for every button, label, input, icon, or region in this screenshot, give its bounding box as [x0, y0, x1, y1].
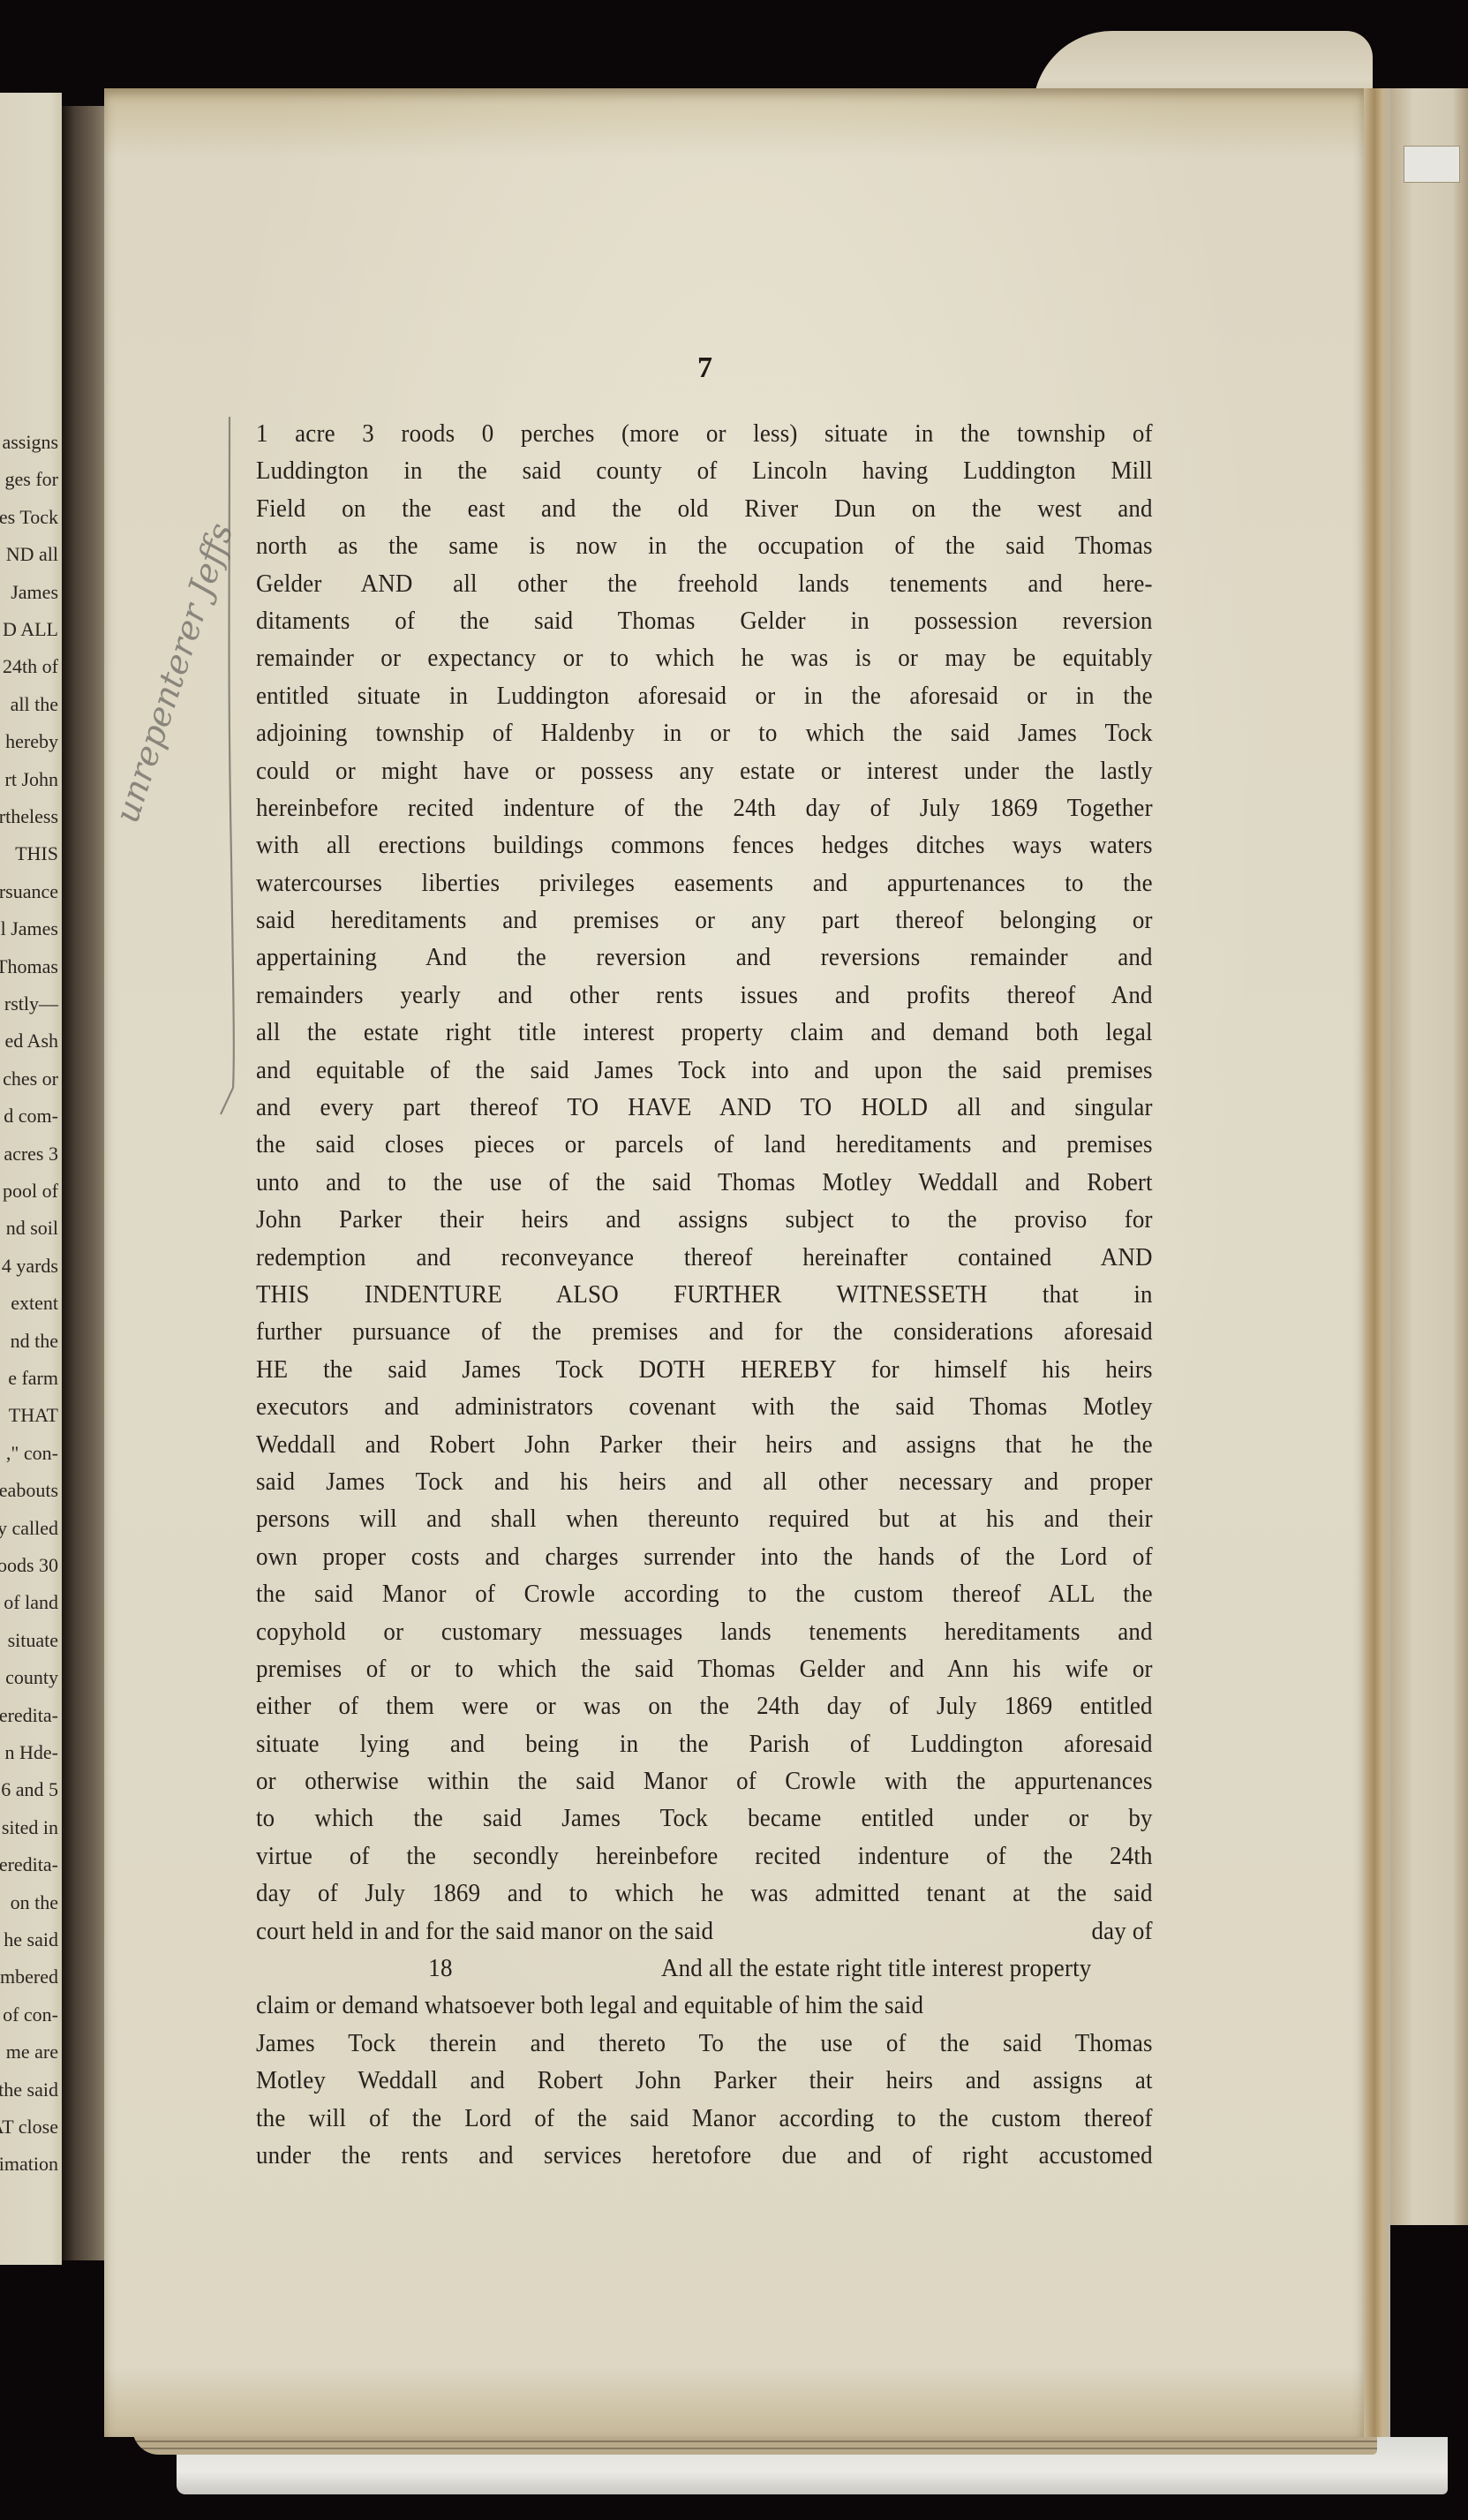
- text-line: executors and administrators covenant wi…: [256, 1388, 1153, 1425]
- text-line: unto and to the use of the said Thomas M…: [256, 1164, 1153, 1201]
- text-line: could or might have or possess any estat…: [256, 752, 1153, 789]
- text-line: and equitable of the said James Tock int…: [256, 1052, 1153, 1089]
- previous-page-text-fragment: ed Ash: [5, 1031, 59, 1051]
- text-line: Luddington in the said county of Lincoln…: [256, 452, 1153, 489]
- text-line: north as the same is now in the occupati…: [256, 527, 1153, 564]
- text-line: 18And all the estate right title interes…: [256, 1950, 1153, 1987]
- text-line: own proper costs and charges surrender i…: [256, 1538, 1153, 1575]
- text-line: watercourses liberties privileges easeme…: [256, 864, 1153, 902]
- previous-page-text-fragment: nd the: [11, 1332, 58, 1351]
- text-line: Field on the east and the old River Dun …: [256, 490, 1153, 527]
- text-line: HE the said James Tock DOTH HEREBY for h…: [256, 1351, 1153, 1388]
- text-line: further pursuance of the premises and fo…: [256, 1313, 1153, 1350]
- paper-tab: [1404, 146, 1460, 183]
- previous-page-text-fragment: AT close: [0, 2117, 58, 2137]
- text-line: entitled situate in Luddington aforesaid…: [256, 677, 1153, 714]
- pencil-margin-note: unrepenterer Jeffs: [150, 494, 247, 865]
- text-line: THIS INDENTURE ALSO FURTHER WITNESSETH t…: [256, 1276, 1153, 1313]
- text-line: the said Manor of Crowle according to th…: [256, 1575, 1153, 1612]
- previous-page-text-fragment: l James: [1, 919, 58, 939]
- text-line: adjoining township of Haldenby in or to …: [256, 714, 1153, 751]
- document-body: 1 acre 3 roods 0 perches (more or less) …: [256, 415, 1153, 2174]
- previous-page-text-fragment: ," con-: [6, 1444, 58, 1463]
- previous-page-text-fragment: y called: [0, 1519, 58, 1538]
- text-line: to which the said James Tock became enti…: [256, 1799, 1153, 1837]
- text-line: with all erections buildings commons fen…: [256, 826, 1153, 864]
- text-line: copyhold or customary messuages lands te…: [256, 1613, 1153, 1650]
- text-line: said James Tock and his heirs and all ot…: [256, 1463, 1153, 1500]
- text-line: court held in and for the said manor on …: [256, 1913, 1153, 1950]
- text-line: Motley Weddall and Robert John Parker th…: [256, 2062, 1153, 2099]
- previous-page-text-fragment: of con-: [3, 2005, 58, 2025]
- page-edge: [1364, 88, 1390, 2437]
- previous-page-strip: assignsges fores TockND allJamesD ALL24t…: [0, 93, 62, 2265]
- previous-page-text-fragment: sited in: [2, 1818, 58, 1837]
- text-line: said hereditaments and premises or any p…: [256, 902, 1153, 939]
- previous-page-text-fragment: extent: [11, 1294, 58, 1313]
- previous-page-text-fragment: rtheless: [0, 807, 58, 826]
- page-number: 7: [697, 351, 712, 385]
- previous-page-text-fragment: ges for: [5, 470, 58, 489]
- previous-page-text-fragment: D ALL: [3, 620, 58, 639]
- previous-page-text-fragment: on the: [11, 1893, 58, 1913]
- previous-page-text-fragment: mbered: [0, 1967, 58, 1987]
- text-line: James Tock therein and thereto To the us…: [256, 2025, 1153, 2062]
- previous-page-text-fragment: imation: [0, 2154, 58, 2174]
- text-line: and every part thereof TO HAVE AND TO HO…: [256, 1089, 1153, 1126]
- previous-page-text-fragment: acres 3: [4, 1144, 58, 1164]
- previous-page-text-fragment: of land: [4, 1593, 58, 1612]
- previous-page-text-fragment: the said: [0, 2080, 58, 2100]
- previous-page-text-fragment: nd soil: [6, 1219, 58, 1238]
- previous-page-text-fragment: ND all: [6, 545, 58, 564]
- text-line: ditaments of the said Thomas Gelder in p…: [256, 602, 1153, 639]
- previous-page-text-fragment: 24th of: [3, 657, 58, 676]
- previous-page-text-fragment: THAT: [9, 1406, 58, 1425]
- previous-page-text-fragment: Thomas: [0, 957, 58, 977]
- previous-page-text-fragment: hereby: [5, 732, 58, 751]
- text-line: situate lying and being in the Parish of…: [256, 1725, 1153, 1762]
- text-line: remainders yearly and other rents issues…: [256, 977, 1153, 1014]
- text-line: virtue of the secondly hereinbefore reci…: [256, 1837, 1153, 1875]
- text-line: Weddall and Robert John Parker their hei…: [256, 1426, 1153, 1463]
- previous-page-text-fragment: me are: [6, 2042, 58, 2062]
- text-line: the said closes pieces or parcels of lan…: [256, 1126, 1153, 1163]
- previous-page-text-fragment: oods 30: [0, 1556, 58, 1575]
- stacked-pages-right: [1390, 88, 1468, 2225]
- text-line: redemption and reconveyance thereof here…: [256, 1239, 1153, 1276]
- previous-page-text-fragment: eabouts: [0, 1481, 58, 1500]
- previous-page-text-fragment: rt John: [5, 770, 59, 789]
- previous-page-text-fragment: rsuance: [0, 882, 58, 902]
- previous-page-text-fragment: rstly—: [4, 994, 58, 1014]
- text-line: either of them were or was on the 24th d…: [256, 1687, 1153, 1724]
- text-line: John Parker their heirs and assigns subj…: [256, 1201, 1153, 1238]
- previous-page-text-fragment: es Tock: [0, 508, 58, 527]
- previous-page-text-fragment: county: [5, 1668, 58, 1687]
- previous-page-text-fragment: situate: [8, 1631, 58, 1650]
- text-line: hereinbefore recited indenture of the 24…: [256, 789, 1153, 826]
- previous-page-text-fragment: all the: [11, 695, 58, 714]
- text-line: claim or demand whatsoever both legal an…: [256, 1987, 1153, 2024]
- text-line: all the estate right title interest prop…: [256, 1014, 1153, 1051]
- previous-page-text-fragment: d com-: [4, 1106, 58, 1126]
- previous-page-text-fragment: James: [11, 583, 58, 602]
- text-line: day of July 1869 and to which he was adm…: [256, 1875, 1153, 1912]
- text-line: or otherwise within the said Manor of Cr…: [256, 1762, 1153, 1799]
- text-line: under the rents and services heretofore …: [256, 2137, 1153, 2174]
- previous-page-text-fragment: e farm: [8, 1369, 58, 1388]
- previous-page-text-fragment: ches or: [3, 1069, 58, 1089]
- book-gutter: [62, 106, 106, 2260]
- previous-page-text-fragment: 6 and 5: [1, 1780, 58, 1799]
- text-line: premises of or to which the said Thomas …: [256, 1650, 1153, 1687]
- previous-page-text-fragment: eredita-: [0, 1855, 58, 1875]
- previous-page-text-fragment: 4 yards: [2, 1256, 58, 1276]
- previous-page-text-fragment: n Hde-: [5, 1743, 58, 1762]
- text-line: appertaining And the reversion and rever…: [256, 939, 1153, 976]
- text-line: remainder or expectancy or to which he w…: [256, 639, 1153, 676]
- previous-page-text-fragment: pool of: [3, 1181, 58, 1201]
- text-line: 1 acre 3 roods 0 perches (more or less) …: [256, 415, 1153, 452]
- text-line: the will of the Lord of the said Manor a…: [256, 2100, 1153, 2137]
- text-line: persons will and shall when thereunto re…: [256, 1500, 1153, 1537]
- previous-page-text-fragment: assigns: [2, 433, 58, 452]
- previous-page-text-fragment: THIS: [15, 844, 58, 864]
- previous-page-text-fragment: eredita-: [0, 1706, 58, 1725]
- text-line: Gelder AND all other the freehold lands …: [256, 565, 1153, 602]
- previous-page-text-fragment: he said: [4, 1930, 58, 1950]
